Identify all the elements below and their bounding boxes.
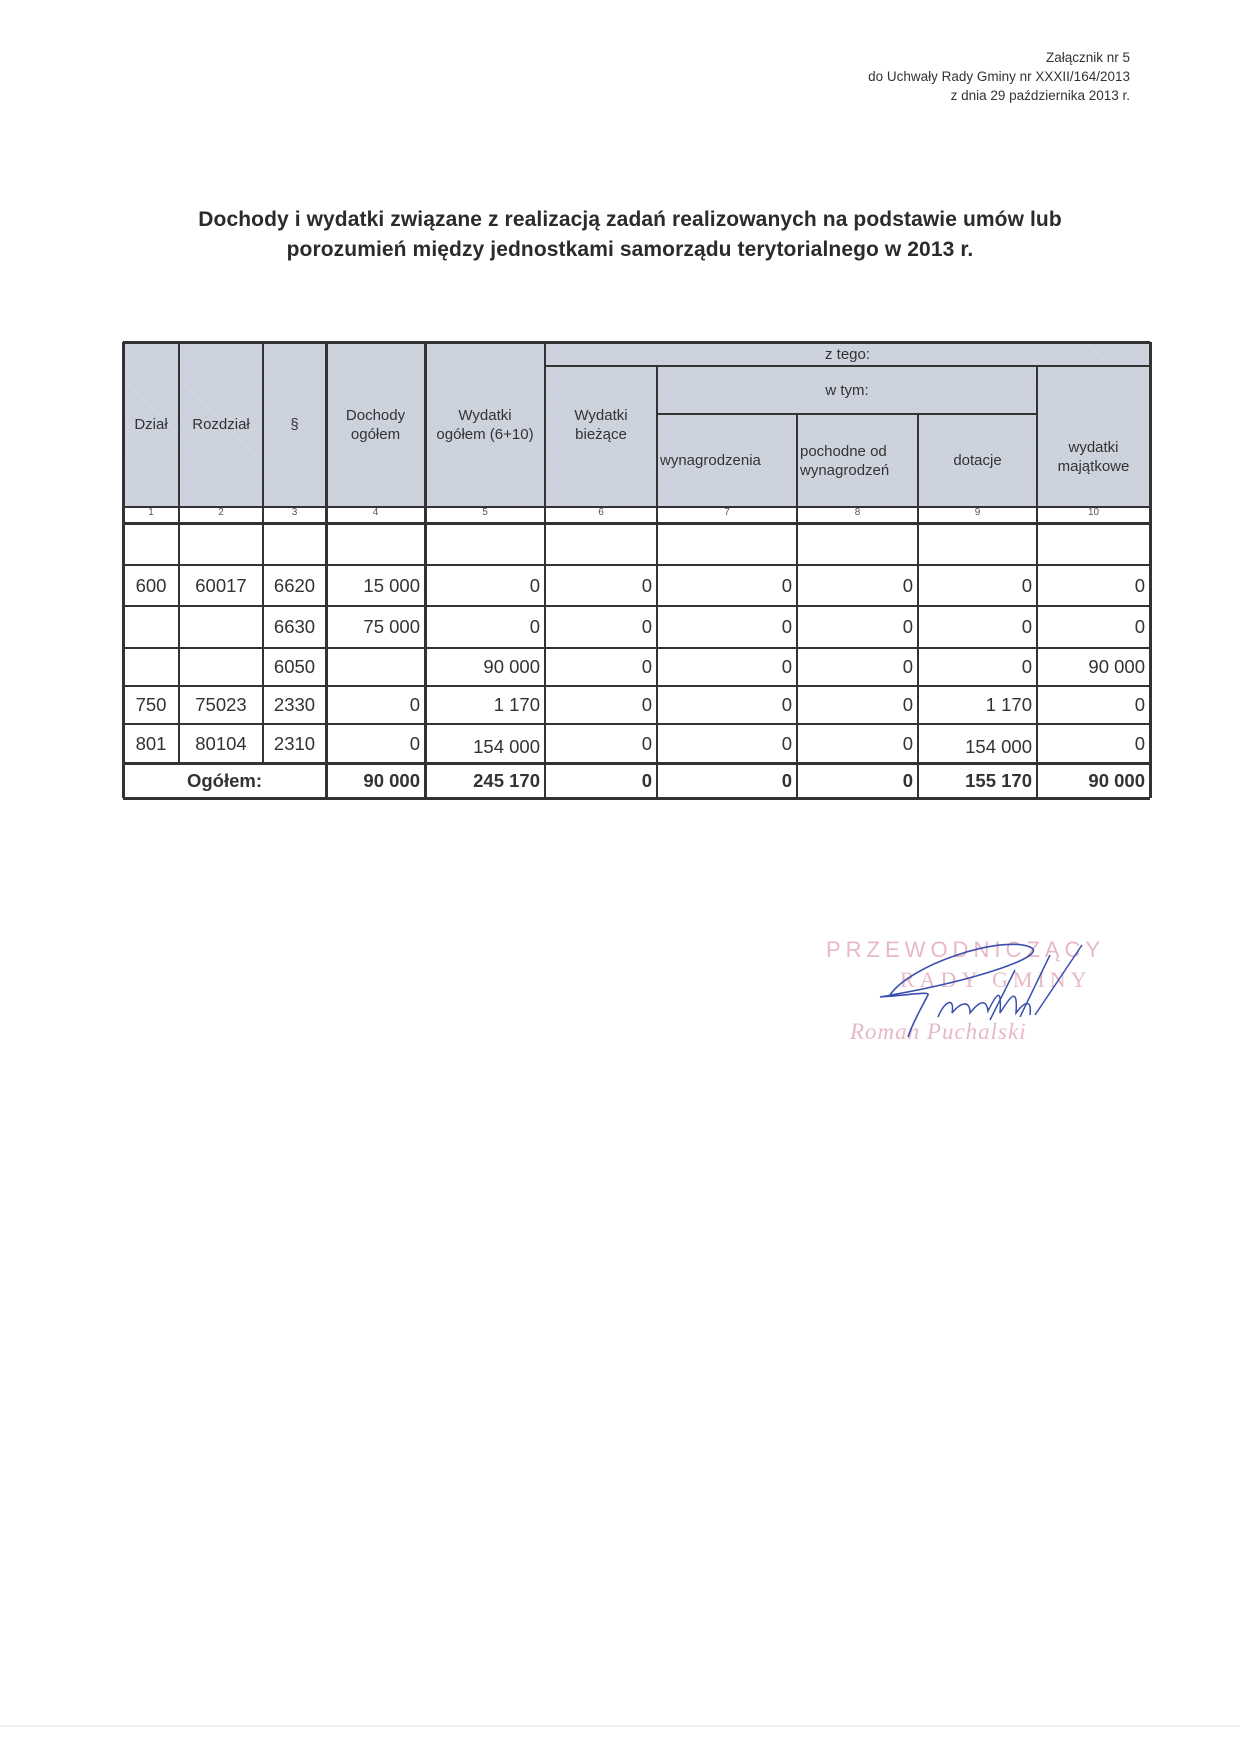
table-rule — [123, 647, 1150, 649]
table-rule — [123, 723, 1150, 725]
table-cell-pochodne: 0 — [797, 606, 918, 648]
table-cell-biezace: 0 — [545, 606, 657, 648]
table-cell-wydatki: 0 — [425, 565, 545, 606]
table-cell-dzial: 801 — [123, 724, 179, 763]
signature-icon — [820, 925, 1110, 1055]
total-biezace: 0 — [545, 763, 657, 798]
table-rule — [796, 414, 798, 798]
table-cell-pochodne: 0 — [797, 686, 918, 724]
header-rozdzial: Rozdział — [179, 342, 263, 507]
table-rule — [178, 342, 180, 763]
table-cell-dochody — [326, 648, 425, 686]
annex-reference: Załącznik nr 5 do Uchwały Rady Gminy nr … — [868, 48, 1130, 105]
table-cell-wydatki: 0 — [425, 606, 545, 648]
table-cell-dzial — [123, 606, 179, 648]
annex-number: Załącznik nr 5 — [868, 48, 1130, 67]
table-cell-biezace: 0 — [545, 724, 657, 763]
table-cell-pochodne: 0 — [797, 724, 918, 763]
table-cell-majatkowe: 0 — [1037, 606, 1150, 648]
table-cell-dzial: 750 — [123, 686, 179, 724]
total-wydatki: 245 170 — [425, 763, 545, 798]
table-cell-paragraf: 6630 — [263, 606, 326, 648]
table-cell-majatkowe: 0 — [1037, 565, 1150, 606]
header-wydatki-majatkowe: wydatki majątkowe — [1037, 366, 1150, 507]
table-cell-paragraf: 6050 — [263, 648, 326, 686]
table-rule — [1036, 366, 1038, 798]
table-cell-majatkowe: 0 — [1037, 724, 1150, 763]
table-cell-wydatki: 154 000 — [425, 724, 545, 763]
total-majatkowe: 90 000 — [1037, 763, 1150, 798]
header-pochodne: pochodne od wynagrodzeń — [797, 414, 918, 507]
table-cell-dochody: 15 000 — [326, 565, 425, 606]
chairman-stamp: PRZEWODNICZĄCY RADY GMINY Roman Puchalsk… — [820, 925, 1110, 1055]
header-dzial: Dział — [123, 342, 179, 507]
table-cell-paragraf: 6620 — [263, 565, 326, 606]
table-rule — [123, 341, 1150, 344]
table-rule — [123, 564, 1150, 566]
header-wynagrodzenia: wynagrodzenia — [657, 414, 797, 507]
table-cell-paragraf: 2310 — [263, 724, 326, 763]
table-cell-dochody: 0 — [326, 724, 425, 763]
table-rule — [123, 797, 1150, 800]
header-paragraf: § — [263, 342, 326, 507]
table-cell-wynagrodzenia: 0 — [657, 724, 797, 763]
table-cell-paragraf: 2330 — [263, 686, 326, 724]
table-cell-biezace: 0 — [545, 648, 657, 686]
resolution-date: z dnia 29 października 2013 r. — [868, 86, 1130, 105]
table-cell-rozdzial: 80104 — [179, 724, 263, 763]
table-rule — [1149, 342, 1152, 798]
table-cell-dotacje: 1 170 — [918, 686, 1037, 724]
table-cell-majatkowe: 0 — [1037, 686, 1150, 724]
table-cell-wynagrodzenia: 0 — [657, 606, 797, 648]
scan-edge — [0, 1725, 1240, 1727]
total-pochodne: 0 — [797, 763, 918, 798]
header-w-tym: w tym: — [657, 366, 1037, 414]
table-cell-dotacje: 154 000 — [918, 724, 1037, 763]
table-rule — [123, 685, 1150, 687]
table-cell-dzial: 600 — [123, 565, 179, 606]
total-label: Ogółem: — [123, 763, 326, 798]
table-cell-wynagrodzenia: 0 — [657, 565, 797, 606]
document-title: Dochody i wydatki związane z realizacją … — [130, 205, 1130, 265]
table-rule — [123, 605, 1150, 607]
table-cell-rozdzial: 60017 — [179, 565, 263, 606]
header-z-tego: z tego: — [545, 342, 1150, 366]
table-cell-biezace: 0 — [545, 686, 657, 724]
header-dochody-ogolem: Dochody ogółem — [326, 342, 425, 507]
table-cell-rozdzial — [179, 648, 263, 686]
table-cell-dotacje: 0 — [918, 648, 1037, 686]
header-wydatki-biezace: Wydatki bieżące — [545, 366, 657, 507]
table-cell-dotacje: 0 — [918, 606, 1037, 648]
header-dotacje: dotacje — [918, 414, 1037, 507]
table-cell-rozdzial: 75023 — [179, 686, 263, 724]
table-cell-dochody: 0 — [326, 686, 425, 724]
table-cell-wydatki: 90 000 — [425, 648, 545, 686]
table-rule — [123, 762, 1150, 765]
total-dotacje: 155 170 — [918, 763, 1037, 798]
header-wydatki-ogolem: Wydatki ogółem (6+10) — [425, 342, 545, 507]
resolution-reference: do Uchwały Rady Gminy nr XXXII/164/2013 — [868, 67, 1130, 86]
table-cell-wynagrodzenia: 0 — [657, 648, 797, 686]
table-rule — [123, 522, 1150, 525]
table-cell-wynagrodzenia: 0 — [657, 686, 797, 724]
table-rule — [123, 506, 1150, 508]
table-cell-rozdzial — [179, 606, 263, 648]
table-rule — [657, 413, 1037, 415]
table-rule — [656, 366, 658, 798]
table-rule — [325, 342, 328, 798]
table-rule — [545, 365, 1150, 367]
budget-table: DziałRozdział§Dochody ogółemWydatki ogół… — [123, 342, 1150, 798]
title-line-2: porozumień między jednostkami samorządu … — [130, 235, 1130, 265]
table-cell-pochodne: 0 — [797, 565, 918, 606]
table-rule — [917, 414, 919, 798]
table-rule — [544, 342, 546, 798]
table-cell-wydatki: 1 170 — [425, 686, 545, 724]
table-cell-biezace: 0 — [545, 565, 657, 606]
total-wynagrodzenia: 0 — [657, 763, 797, 798]
table-rule — [424, 342, 427, 798]
table-cell-dzial — [123, 648, 179, 686]
table-cell-dotacje: 0 — [918, 565, 1037, 606]
table-cell-majatkowe: 90 000 — [1037, 648, 1150, 686]
table-rule — [262, 342, 264, 763]
title-line-1: Dochody i wydatki związane z realizacją … — [130, 205, 1130, 235]
table-cell-dochody: 75 000 — [326, 606, 425, 648]
total-dochody: 90 000 — [326, 763, 425, 798]
table-cell-pochodne: 0 — [797, 648, 918, 686]
table-rule — [122, 342, 125, 798]
